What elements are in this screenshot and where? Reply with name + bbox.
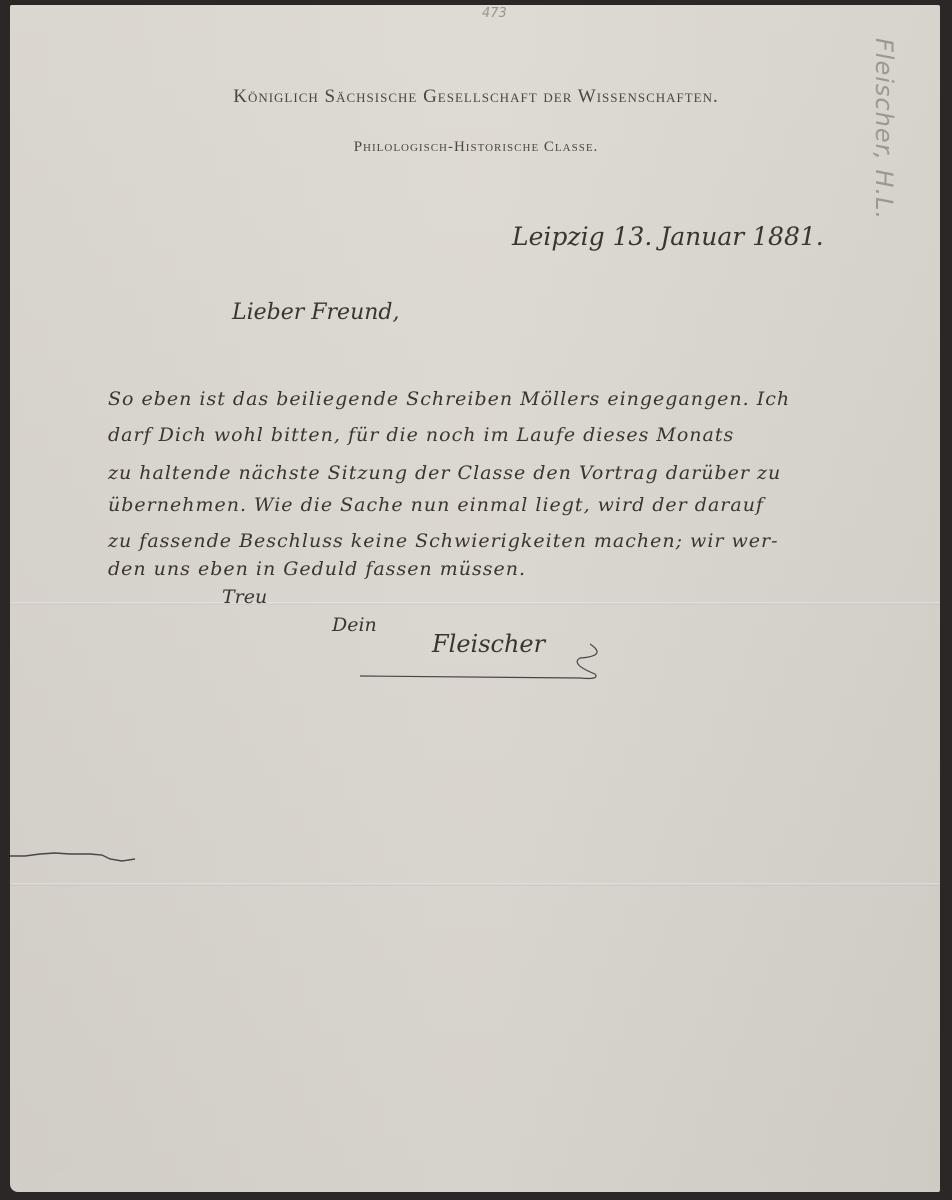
- archive-number: 473: [482, 6, 507, 21]
- letterhead-subtitle: Philologisch-Historische Classe.: [0, 139, 952, 156]
- closing-treu: Treu: [222, 586, 267, 608]
- closing-dein: Dein: [332, 614, 377, 636]
- body-line: übernehmen. Wie die Sache nun einmal lie…: [108, 494, 764, 516]
- letterhead-title: Königlich Sächsische Gesellschaft der Wi…: [0, 86, 952, 108]
- body-line: den uns eben in Geduld fassen müssen.: [108, 558, 526, 580]
- paper-fold-lower: [10, 883, 940, 886]
- letter-date: Leipzig 13. Januar 1881.: [512, 222, 824, 251]
- body-line: darf Dich wohl bitten, für die noch im L…: [108, 424, 734, 446]
- body-line: zu haltende nächste Sitzung der Classe d…: [108, 462, 781, 484]
- body-line: zu fassende Beschluss keine Schwierigkei…: [108, 530, 779, 552]
- paper-fold-upper: [10, 602, 940, 605]
- pencil-margin-note: Fleischer, H.L.: [870, 38, 898, 220]
- signature-flourish: [340, 636, 600, 686]
- letter-sheet: [10, 5, 940, 1192]
- paper-tear: [10, 851, 140, 863]
- body-line: So eben ist das beiliegende Schreiben Mö…: [108, 388, 790, 410]
- salutation: Lieber Freund,: [232, 300, 400, 325]
